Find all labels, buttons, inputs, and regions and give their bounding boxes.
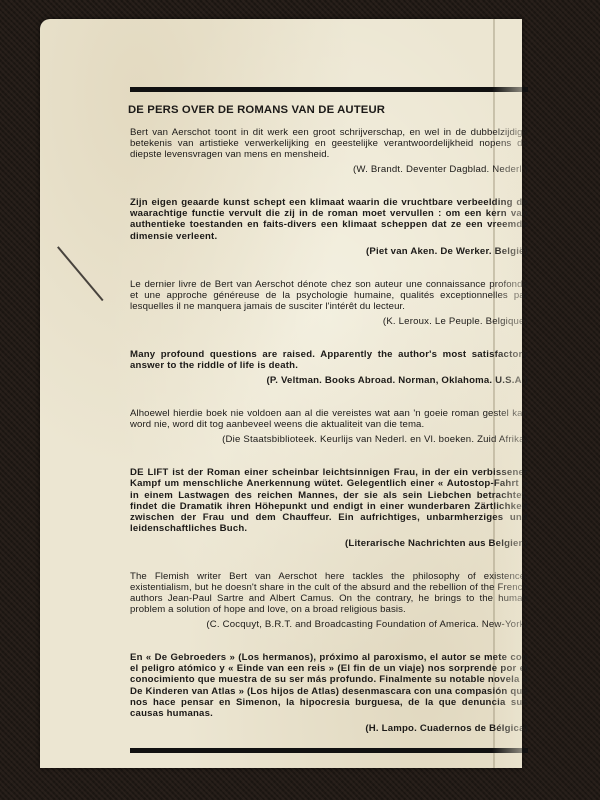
press-reviews: DE PERS OVER DE ROMANS VAN DE AUTEUR Ber… bbox=[130, 87, 528, 753]
review-source: (K. Leroux. Le Peuple. Belgique) bbox=[130, 316, 528, 327]
top-divider bbox=[130, 87, 528, 92]
review-source: (C. Cocquyt, B.R.T. and Broadcasting Fou… bbox=[130, 619, 528, 630]
review-item: Zijn eigen geaarde kunst schept een klim… bbox=[130, 197, 528, 256]
review-item: Many profound questions are raised. Appa… bbox=[130, 349, 528, 386]
page-title: DE PERS OVER DE ROMANS VAN DE AUTEUR bbox=[128, 104, 528, 116]
review-quote: Le dernier livre de Bert van Aerschot dé… bbox=[130, 279, 528, 312]
review-quote: DE LIFT ist der Roman einer scheinbar le… bbox=[130, 467, 528, 534]
review-source: (Literarische Nachrichten aus Belgien) bbox=[130, 538, 528, 549]
review-item: En « De Gebroeders » (Los hermanos), pró… bbox=[130, 652, 528, 734]
review-item: Bert van Aerschot toont in dit werk een … bbox=[130, 127, 528, 175]
review-item: Le dernier livre de Bert van Aerschot dé… bbox=[130, 279, 528, 327]
review-source: (H. Lampo. Cuadernos de Bélgica) bbox=[130, 723, 528, 734]
review-quote: Zijn eigen geaarde kunst schept een klim… bbox=[130, 197, 528, 241]
review-item: The Flemish writer Bert van Aerschot her… bbox=[130, 571, 528, 630]
review-source: (P. Veltman. Books Abroad. Norman, Oklah… bbox=[130, 375, 528, 386]
review-quote: En « De Gebroeders » (Los hermanos), pró… bbox=[130, 652, 528, 719]
review-source: (Piet van Aken. De Werker. België) bbox=[130, 246, 528, 257]
review-item: Alhoewel hierdie boek nie voldoen aan al… bbox=[130, 408, 528, 445]
book-back-cover: DE PERS OVER DE ROMANS VAN DE AUTEUR Ber… bbox=[40, 19, 522, 768]
pen-mark bbox=[57, 246, 103, 301]
review-quote: The Flemish writer Bert van Aerschot her… bbox=[130, 571, 528, 615]
review-quote: Bert van Aerschot toont in dit werk een … bbox=[130, 127, 528, 160]
review-item: DE LIFT ist der Roman einer scheinbar le… bbox=[130, 467, 528, 549]
review-source: (W. Brandt. Deventer Dagblad. Nederl.) bbox=[130, 164, 528, 175]
review-quote: Alhoewel hierdie boek nie voldoen aan al… bbox=[130, 408, 528, 430]
review-quote: Many profound questions are raised. Appa… bbox=[130, 349, 528, 371]
bottom-divider bbox=[130, 748, 528, 753]
review-source: (Die Staatsbiblioteek. Keurlijs van Nede… bbox=[130, 434, 528, 445]
